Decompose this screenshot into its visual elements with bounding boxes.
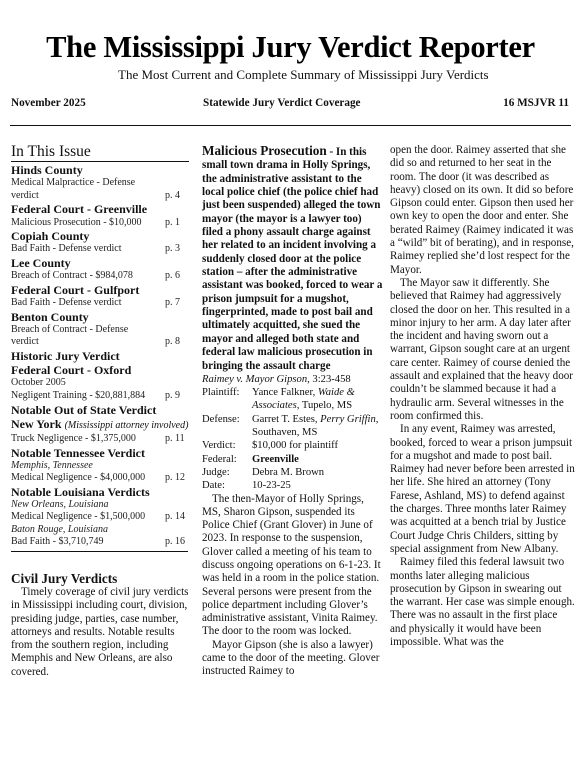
page-ref: p. 9 bbox=[165, 390, 189, 403]
toc-section-heading: Lee County bbox=[11, 256, 189, 270]
toc-section-heading: Hinds County bbox=[11, 163, 189, 177]
page-ref: p. 11 bbox=[165, 433, 189, 446]
page-ref: p. 1 bbox=[165, 217, 189, 230]
toc-section: Federal Court - Gulfport Bad Faith - Def… bbox=[11, 283, 189, 310]
page-ref: p. 6 bbox=[165, 270, 189, 283]
toc-section-heading: Historic Jury Verdict bbox=[11, 349, 189, 363]
toc-entry: Medical Negligence - $1,500,000p. 14 bbox=[11, 511, 189, 524]
toc-section: Copiah County Bad Faith - Defense verdic… bbox=[11, 229, 189, 256]
toc-section-heading: New York (Mississippi attorney involved) bbox=[11, 417, 189, 433]
publication-title: The Mississippi Jury Verdict Reporter bbox=[0, 30, 581, 65]
toc-section: Federal Court - Greenville Malicious Pro… bbox=[11, 202, 189, 229]
article-paragraph: In any event, Raimey was arrested, booke… bbox=[390, 423, 576, 556]
case-caption: Raimey v. Mayor Gipson, 3:23-458 bbox=[202, 373, 384, 386]
toc-entry: verdictp. 4 bbox=[11, 190, 189, 203]
toc-section: Hinds County Medical Malpractice - Defen… bbox=[11, 163, 189, 202]
page-ref: p. 16 bbox=[165, 536, 189, 549]
toc-section-heading: Copiah County bbox=[11, 229, 189, 243]
article-column-1: Malicious Prosecution - In this small to… bbox=[202, 144, 384, 679]
toc-section-heading: Notable Out of State Verdict bbox=[11, 403, 189, 417]
toc-section: Notable Louisiana Verdicts New Orleans, … bbox=[11, 485, 189, 549]
article-paragraph: Raimey filed this federal lawsuit two mo… bbox=[390, 556, 576, 649]
toc-section: Lee County Breach of Contract - $984,078… bbox=[11, 256, 189, 283]
toc-entry: October 2005 bbox=[11, 377, 189, 390]
case-detail-date: Date: 10-23-25 bbox=[202, 479, 384, 492]
toc-location: Memphis, Tennessee bbox=[11, 460, 189, 472]
toc-heading-note: (Mississippi attorney involved) bbox=[65, 420, 189, 431]
page-ref: p. 3 bbox=[165, 243, 189, 256]
toc-section: Notable Out of State Verdict bbox=[11, 403, 189, 417]
page-ref: p. 4 bbox=[165, 190, 189, 203]
article-paragraph: The then-Mayor of Holly Springs, MS, Sha… bbox=[202, 493, 384, 639]
header-divider bbox=[10, 125, 571, 126]
case-detail-plaintiff: Plaintiff: Yance Falkner, Waide & Associ… bbox=[202, 386, 384, 413]
case-detail-defense: Defense: Garret T. Estes, Perry Griffin,… bbox=[202, 413, 384, 440]
toc-entry: Bad Faith - Defense verdictp. 7 bbox=[11, 297, 189, 310]
case-number: 3:23-458 bbox=[310, 374, 351, 385]
toc-location: New Orleans, Louisiana bbox=[11, 499, 189, 511]
article-column-2: open the door. Raimey asserted that she … bbox=[390, 144, 576, 649]
civil-verdicts-body: Timely coverage of civil jury verdicts i… bbox=[11, 586, 191, 679]
toc-title: In This Issue bbox=[11, 143, 189, 162]
civil-verdicts-title: Civil Jury Verdicts bbox=[11, 571, 191, 586]
toc-entry: Bad Faith - Defense verdictp. 3 bbox=[11, 243, 189, 256]
toc-entry: verdictp. 8 bbox=[11, 336, 189, 349]
article-paragraph: open the door. Raimey asserted that she … bbox=[390, 144, 576, 277]
toc-section-heading: Federal Court - Greenville bbox=[11, 202, 189, 216]
page-ref: p. 8 bbox=[165, 336, 189, 349]
toc-entry: Bad Faith - $3,710,749p. 16 bbox=[11, 536, 189, 549]
toc-entry: Breach of Contract - Defense bbox=[11, 324, 189, 337]
toc-section: Federal Court - Oxford October 2005 Negl… bbox=[11, 363, 189, 402]
toc-entry: Truck Negligence - $1,375,000p. 11 bbox=[11, 433, 189, 446]
toc-entry: Medical Negligence - $4,000,000p. 12 bbox=[11, 472, 189, 485]
toc-section-heading: Notable Tennessee Verdict bbox=[11, 446, 189, 460]
case-detail-verdict: Verdict: $10,000 for plaintiff bbox=[202, 439, 384, 452]
civil-verdicts-box: Civil Jury Verdicts Timely coverage of c… bbox=[11, 571, 191, 679]
toc-section-heading: Benton County bbox=[11, 310, 189, 324]
issue-date: November 2025 bbox=[11, 97, 86, 109]
article-paragraph: Mayor Gipson (she is also a lawyer) came… bbox=[202, 639, 384, 679]
issue-citation: 16 MSJVR 11 bbox=[503, 97, 569, 109]
case-detail-court: Federal: Greenville bbox=[202, 453, 384, 466]
toc-entry: Breach of Contract - $984,078p. 6 bbox=[11, 270, 189, 283]
article-summary: - In this small town drama in Holly Spri… bbox=[202, 146, 382, 372]
toc-section-heading: Notable Louisiana Verdicts bbox=[11, 485, 189, 499]
toc-section-heading: Federal Court - Gulfport bbox=[11, 283, 189, 297]
article-paragraph: The Mayor saw it differently. She believ… bbox=[390, 277, 576, 423]
toc-section: Benton County Breach of Contract - Defen… bbox=[11, 310, 189, 349]
article-lead: Malicious Prosecution - In this small to… bbox=[202, 144, 384, 373]
toc-section: New York (Mississippi attorney involved)… bbox=[11, 417, 189, 446]
case-detail-judge: Judge: Debra M. Brown bbox=[202, 466, 384, 479]
article-headline: Malicious Prosecution bbox=[202, 143, 327, 158]
toc-location: Baton Rouge, Louisiana bbox=[11, 524, 189, 536]
page-ref: p. 12 bbox=[165, 472, 189, 485]
publication-subtitle: The Most Current and Complete Summary of… bbox=[118, 67, 489, 83]
toc-section: Historic Jury Verdict bbox=[11, 349, 189, 363]
toc-section-heading: Federal Court - Oxford bbox=[11, 363, 189, 377]
toc-entry: Malicious Prosecution - $10,000p. 1 bbox=[11, 217, 189, 230]
toc-divider bbox=[11, 551, 188, 552]
page-ref: p. 14 bbox=[165, 511, 189, 524]
case-name: Raimey v. Mayor Gipson, bbox=[202, 374, 310, 385]
toc-section: Notable Tennessee Verdict Memphis, Tenne… bbox=[11, 446, 189, 485]
page-ref: p. 7 bbox=[165, 297, 189, 310]
toc-entry: Negligent Training - $20,881,884p. 9 bbox=[11, 390, 189, 403]
table-of-contents: In This Issue Hinds County Medical Malpr… bbox=[11, 143, 189, 548]
coverage-label: Statewide Jury Verdict Coverage bbox=[203, 97, 361, 109]
toc-entry: Medical Malpractice - Defense bbox=[11, 177, 189, 190]
